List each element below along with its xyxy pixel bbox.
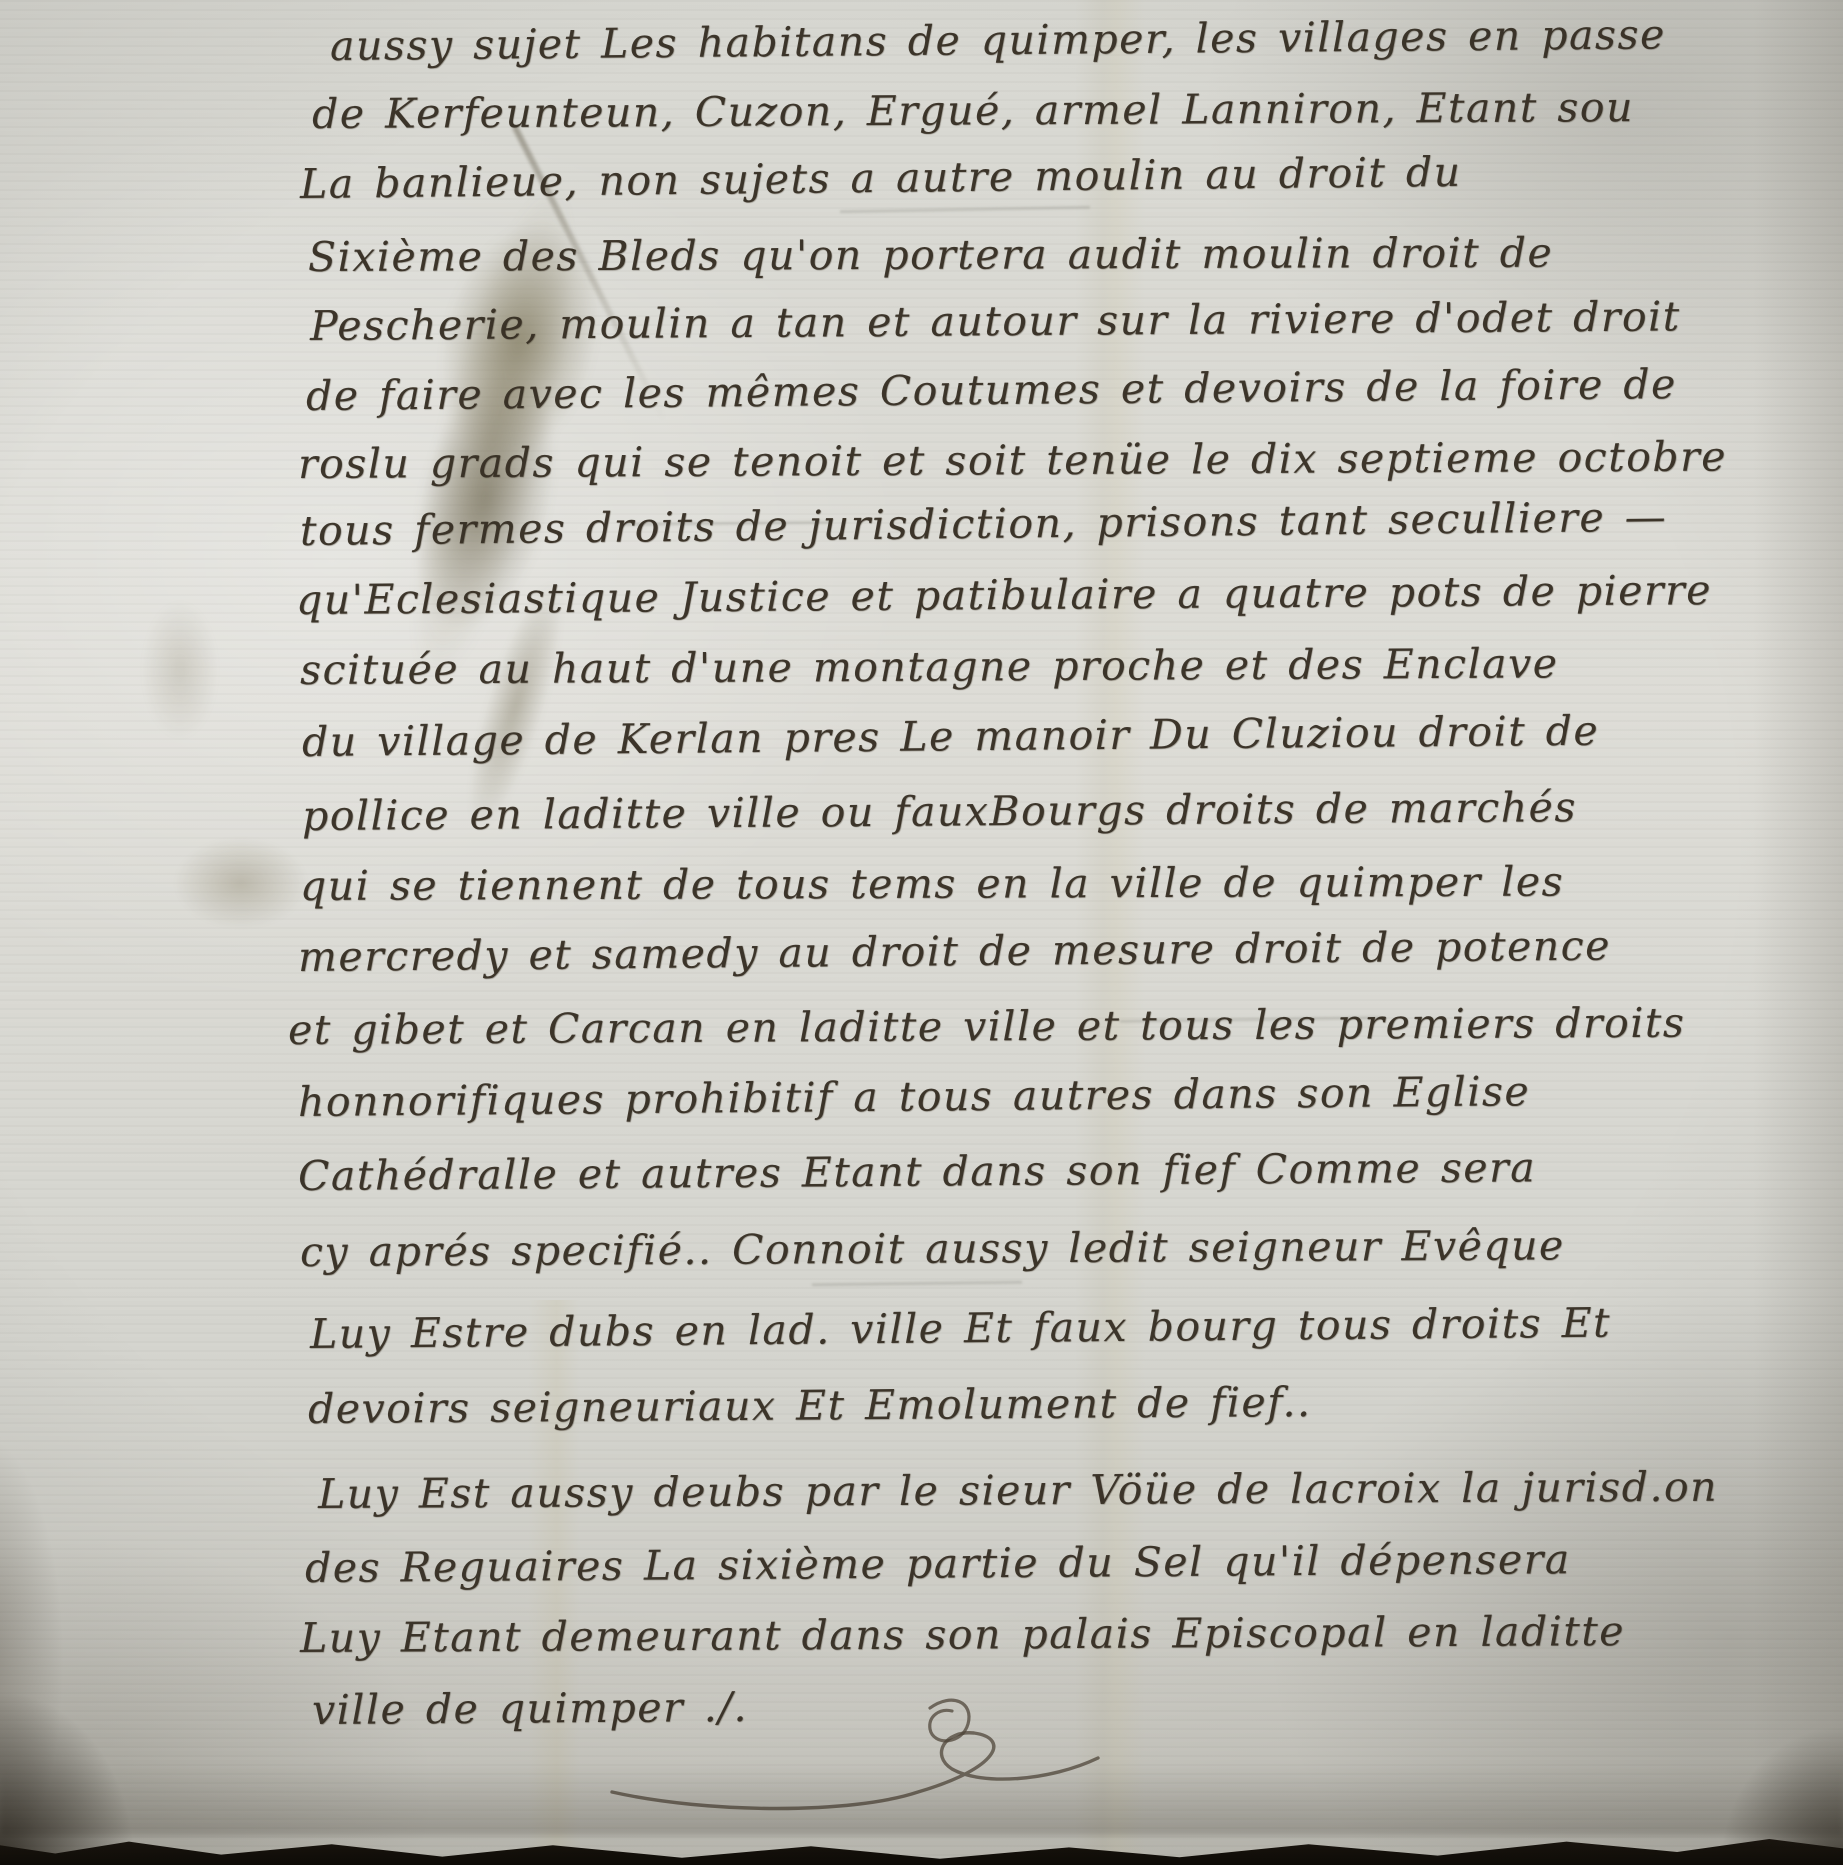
bottom-edge-shadow — [0, 1765, 1843, 1835]
manuscript-line: Luy Est aussy deubs par le sieur Vöüe de… — [318, 1463, 1718, 1518]
manuscript-line: honnorifiques prohibitif a tous autres d… — [298, 1067, 1531, 1126]
manuscript-line: scituée au haut d'une montagne proche et… — [300, 639, 1559, 694]
manuscript-photo: aussy sujet Les habitans de quimper, les… — [0, 0, 1843, 1865]
manuscript-line: mercredy et samedy au droit de mesure dr… — [298, 922, 1611, 981]
manuscript-line: tous fermes droits de jurisdiction, pris… — [300, 493, 1668, 555]
manuscript-line: Luy Etant demeurant dans son palais Epis… — [300, 1607, 1625, 1662]
manuscript-line: aussy sujet Les habitans de quimper, les… — [330, 10, 1666, 70]
manuscript-text-block: aussy sujet Les habitans de quimper, les… — [0, 0, 1843, 1865]
manuscript-line: roslu grads qui se tenoit et soit tenüe … — [298, 433, 1727, 488]
manuscript-line: Cathédralle et autres Etant dans son fie… — [298, 1143, 1536, 1200]
manuscript-line: Pescherie, moulin a tan et autour sur la… — [310, 292, 1681, 350]
manuscript-line: de Kerfeunteun, Cuzon, Ergué, armel Lann… — [312, 83, 1634, 138]
manuscript-line: et gibet et Carcan en laditte ville et t… — [288, 999, 1686, 1054]
manuscript-line: qui se tiennent de tous tems en la ville… — [300, 858, 1564, 910]
page-right-shading — [1753, 0, 1843, 1865]
dark-corner-bottom-right — [1643, 1625, 1843, 1865]
manuscript-line: qu'Eclesiastique Justice et patibulaire … — [296, 566, 1712, 624]
manuscript-line: cy aprés specifié.. Connoit aussy ledit … — [300, 1221, 1565, 1276]
manuscript-line: de faire avec les mêmes Coutumes et devo… — [306, 360, 1677, 420]
manuscript-line: des Reguaires La sixième partie du Sel q… — [305, 1535, 1571, 1592]
manuscript-line: devoirs seigneuriaux Et Emolument de fie… — [308, 1378, 1312, 1433]
dark-corner-bottom-left — [0, 1565, 220, 1865]
manuscript-line: du village de Kerlan pres Le manoir Du C… — [302, 707, 1600, 766]
manuscript-line: La banlieue, non sujets a autre moulin a… — [300, 148, 1462, 208]
manuscript-line: pollice en laditte ville ou fauxBourgs d… — [302, 783, 1577, 840]
manuscript-line: Luy Estre dubs en lad. ville Et faux bou… — [310, 1299, 1611, 1358]
manuscript-line: Sixième des Bleds qu'on portera audit mo… — [308, 229, 1553, 281]
